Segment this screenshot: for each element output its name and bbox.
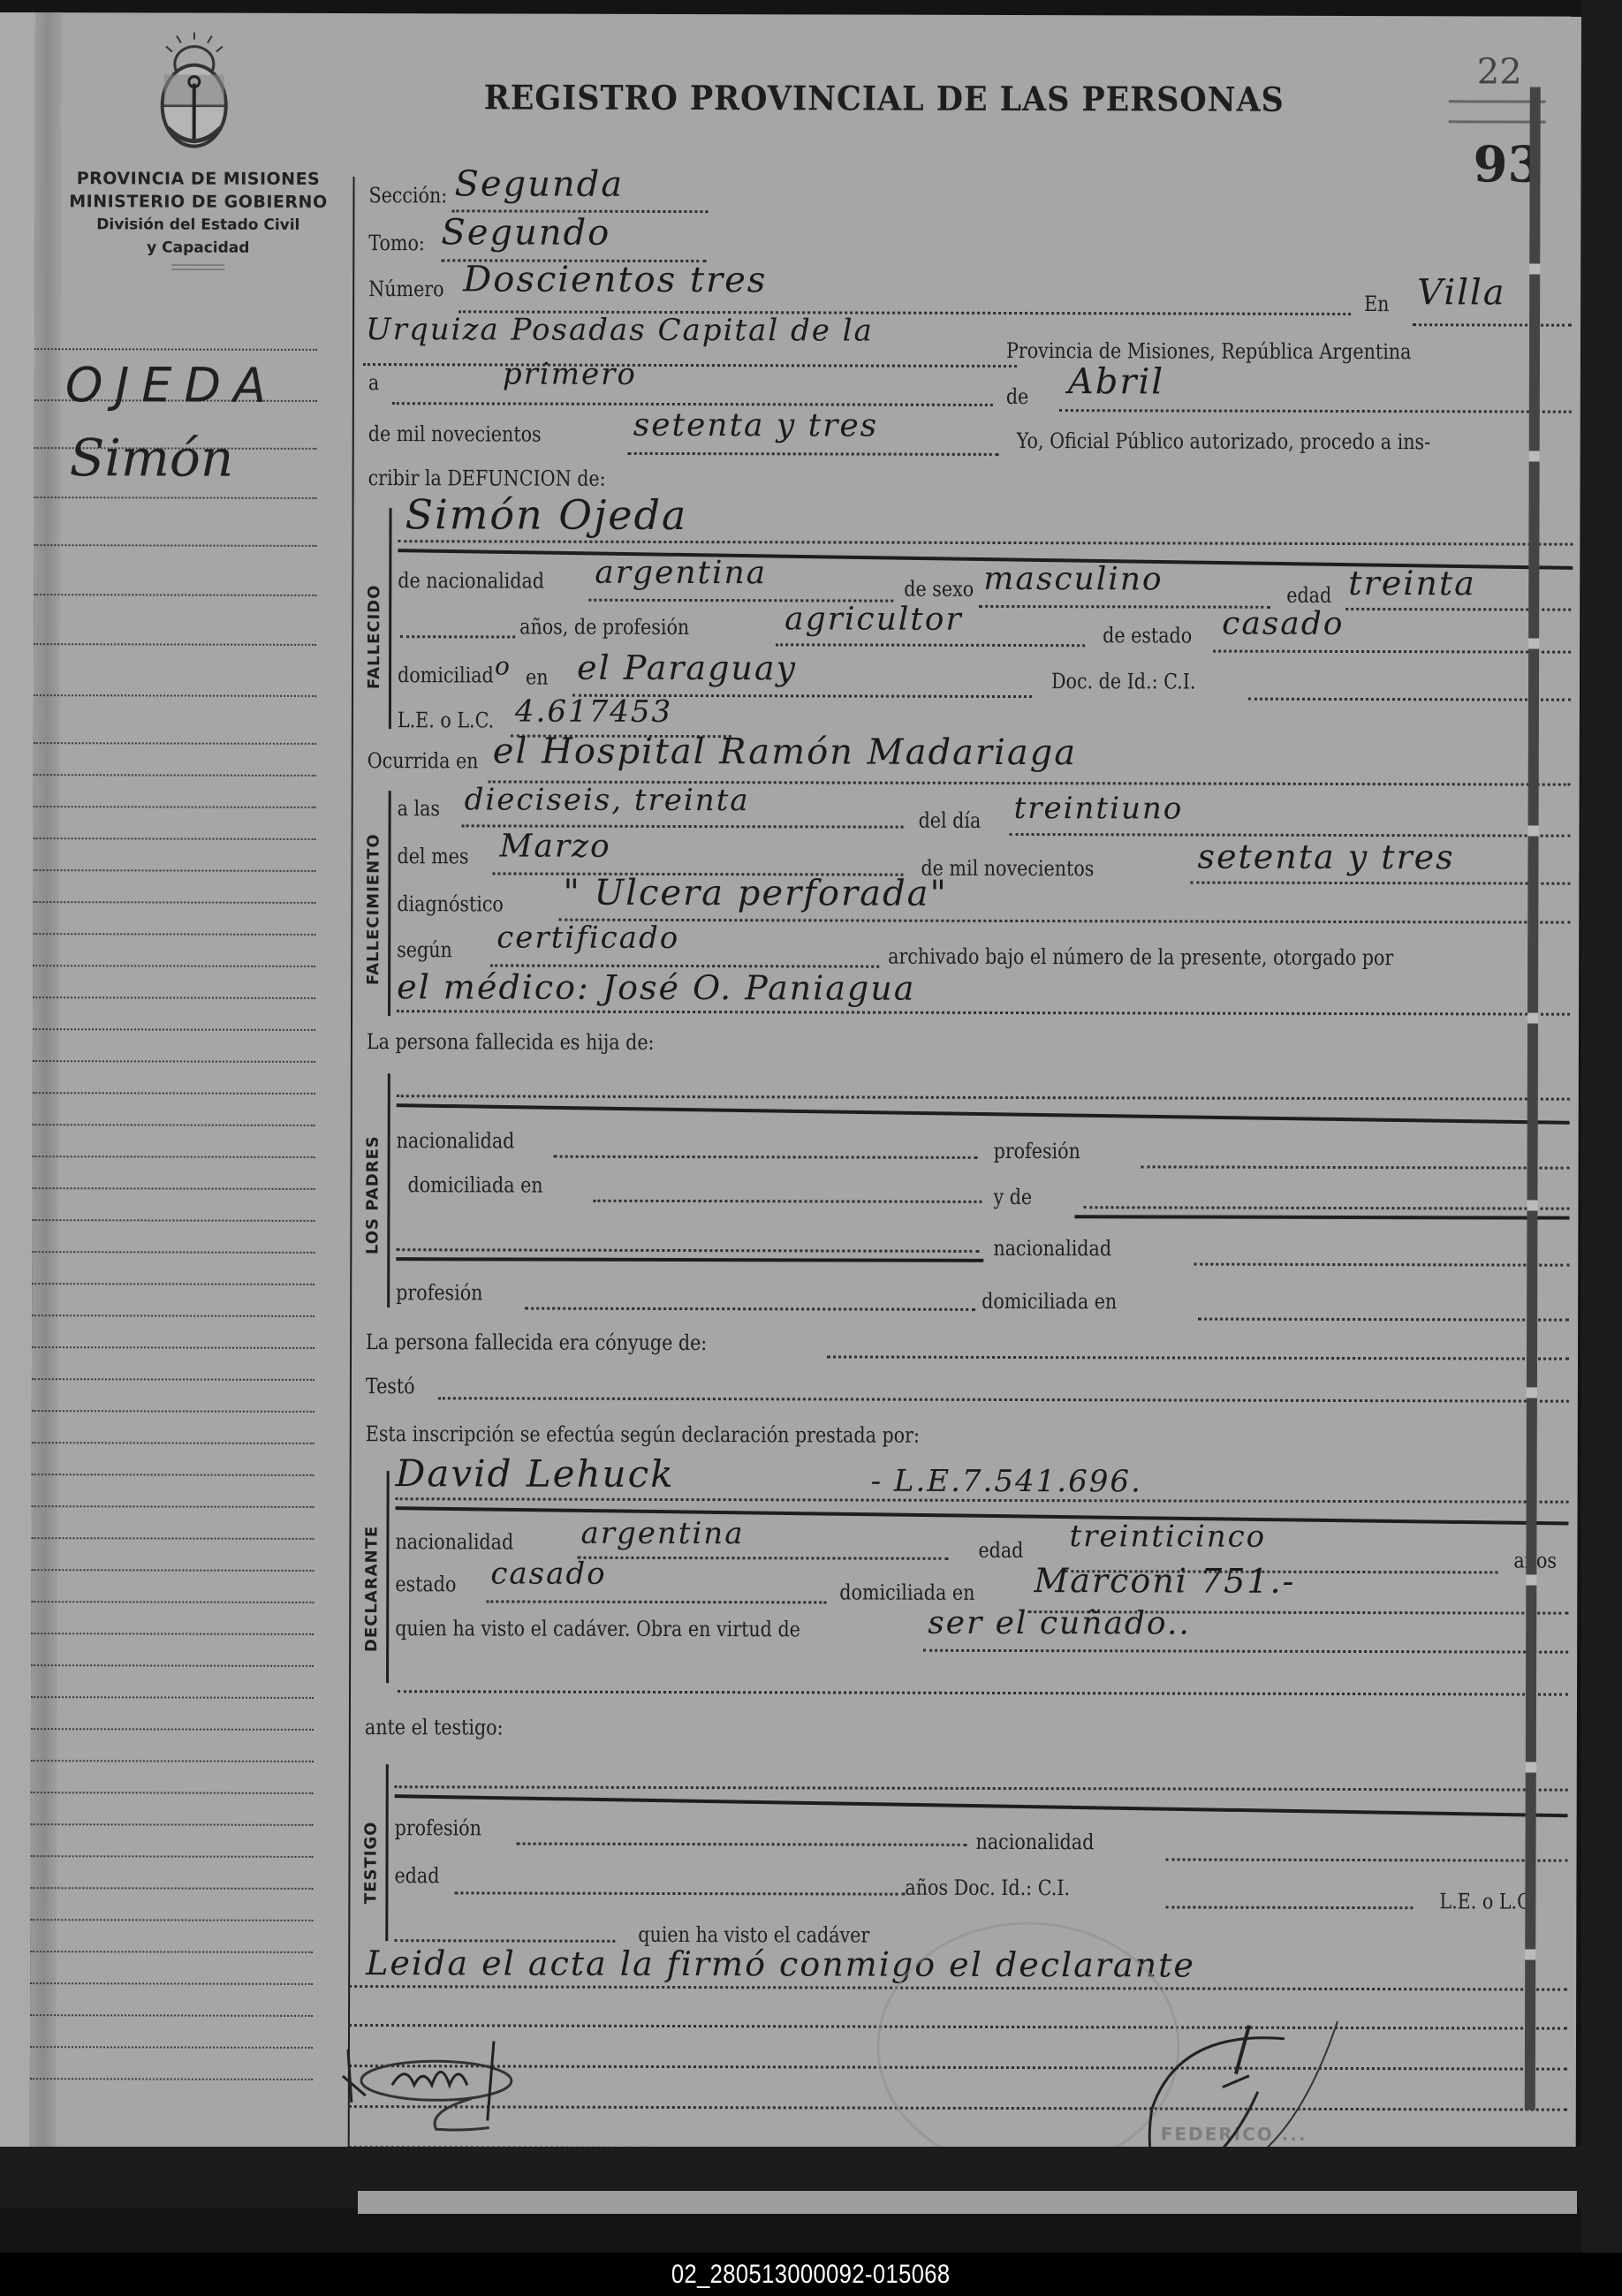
anio-value: setenta y tres	[1197, 837, 1454, 877]
estado-value: casado	[1222, 606, 1344, 642]
sexo-label: de sexo	[904, 577, 974, 602]
domicilio-value: el Paraguay	[577, 648, 797, 688]
issuer-ministry: MINISTERIO DE GOBIERNO	[52, 190, 344, 214]
ocurrida-label: Ocurrida en	[368, 748, 479, 773]
padres-domiciliada2-label: domiciliada en	[982, 1289, 1117, 1314]
coat-of-arms-icon	[150, 30, 239, 158]
issuer-capacity: y Capacidad	[52, 236, 344, 260]
testigo-edad-label: edad	[394, 1863, 439, 1888]
index-given-name: Simón	[70, 428, 234, 488]
year-value: setenta y tres	[633, 407, 878, 444]
declarante-name: David Lehuck	[396, 1451, 675, 1496]
mes-label: del mes	[397, 844, 468, 868]
place-suffix: Provincia de Misiones, República Argenti…	[1006, 338, 1411, 364]
mes-value: Marzo	[499, 828, 610, 864]
diagnostico-label: diagnóstico	[397, 891, 504, 916]
declarante-intro: Esta inscripción se efectúa según declar…	[366, 1421, 920, 1448]
index-margin	[34, 348, 326, 349]
doc-id-label: Doc. de Id.: C.I.	[1051, 669, 1195, 693]
hora-label: a las	[398, 796, 440, 821]
testigo-nacionalidad-label: nacionalidad	[976, 1830, 1095, 1854]
dia-label: del día	[919, 808, 982, 833]
conyuge-label: La persona fallecida era cónyuge de:	[366, 1330, 707, 1355]
death-record-form: Sección: Segunda Tomo: Segundo Número Do…	[348, 13, 1573, 2181]
hora-value: dieciseis, treinta	[465, 782, 750, 818]
anos-profesion-label: años, de profesión	[519, 615, 689, 640]
index-surname: OJEDA	[65, 357, 278, 413]
month-prefix-label: de	[1006, 384, 1029, 409]
section-label-declarante: DECLARANTE	[362, 1526, 381, 1652]
declarante-nacionalidad-value: argentina	[580, 1516, 744, 1551]
declarante-virtud-value: ser el cuñado..	[928, 1605, 1191, 1642]
declarante-doc: - L.E.7.541.696.	[871, 1464, 1142, 1500]
domicilio-suffix: o	[495, 651, 512, 680]
declarante-estado-label: estado	[395, 1572, 456, 1596]
section-label-testigo: TESTIGO	[361, 1821, 380, 1904]
archivado-text: archivado bajo el número de la presente,…	[888, 944, 1393, 970]
section-label-padres: LOS PADRES	[363, 1135, 382, 1254]
issuer-rule	[171, 265, 224, 270]
image-id-label: 02_280513000092-015068	[671, 2260, 951, 2290]
segun-label: según	[397, 937, 452, 962]
place-value: Urquiza Posadas Capital de la	[366, 312, 874, 349]
en-value: Villa	[1417, 272, 1506, 313]
medico-value: el médico: José O. Paniagua	[397, 967, 915, 1008]
binding-gutter	[30, 12, 62, 2177]
edad-value: treinta	[1348, 564, 1476, 602]
padres-profesion2-label: profesión	[396, 1280, 482, 1305]
scanned-page: PROVINCIA DE MISIONES MINISTERIO DE GOBI…	[0, 12, 1581, 2181]
defuncion-text: cribir la DEFUNCION de:	[368, 466, 606, 491]
le-label: L.E. o L.C.	[398, 708, 494, 732]
testigo-doc-label: años Doc. Id.: C.I.	[905, 1875, 1070, 1900]
padres-domiciliada-label: domiciliada en	[407, 1172, 542, 1197]
estado-label: de estado	[1103, 623, 1192, 648]
testigo-le-label: L.E. o L.C	[1439, 1889, 1531, 1913]
image-id-footer: 02_280513000092-015068	[0, 2253, 1622, 2296]
seccion-value: Segunda	[454, 163, 624, 205]
declarant-signature	[339, 2032, 534, 2139]
declarante-domiciliada-label: domiciliada en	[839, 1580, 974, 1604]
testigo-profesion-label: profesión	[395, 1815, 481, 1840]
domicilio-label: domiciliad	[398, 663, 494, 687]
issuer-block: PROVINCIA DE MISIONES MINISTERIO DE GOBI…	[52, 167, 344, 270]
padres-nacionalidad2-label: nacionalidad	[993, 1236, 1111, 1261]
seccion-label: Sección:	[368, 183, 447, 208]
declarante-domicilio-value: Marconi 751.-	[1034, 1561, 1295, 1601]
deceased-name: Simón Ojeda	[405, 490, 687, 539]
day-value: primero	[503, 356, 637, 391]
tomo-value: Segundo	[441, 212, 610, 254]
tomo-label: Tomo:	[368, 231, 425, 255]
declarante-nacionalidad-label: nacionalidad	[395, 1529, 513, 1554]
year-prefix-label: de mil novecientos	[368, 421, 542, 447]
testigo-intro: ante el testigo:	[365, 1715, 504, 1739]
ocurrida-value: el Hospital Ramón Madariaga	[493, 731, 1077, 773]
declarante-visto-text: quien ha visto el cadáver. Obra en virtu…	[395, 1616, 800, 1641]
profesion-value: agricultor	[784, 601, 963, 638]
diagnostico-value: " Ulcera perforada"	[563, 873, 948, 914]
issuer-province: PROVINCIA DE MISIONES	[52, 167, 344, 191]
edad-label: edad	[1286, 583, 1331, 608]
padres-nacionalidad-label: nacionalidad	[397, 1128, 515, 1153]
officer-text: Yo, Oficial Público autorizado, procedo …	[1017, 428, 1430, 454]
declarante-edad-value: treinticinco	[1069, 1519, 1266, 1555]
dia-value: treintiuno	[1014, 791, 1184, 827]
nacionalidad-label: de nacionalidad	[398, 568, 544, 593]
month-value: Abril	[1068, 361, 1164, 402]
underlying-page-edge	[358, 2191, 1577, 2214]
testo-label: Testó	[366, 1374, 415, 1398]
book-binding	[1581, 0, 1622, 2296]
padres-intro: La persona fallecida es hija de:	[367, 1029, 655, 1055]
domicilio-en-label: en	[526, 665, 549, 690]
nacionalidad-value: argentina	[595, 555, 767, 592]
section-label-fallecimiento: FALLECIMIENTO	[364, 833, 383, 985]
section-label-fallecido: FALLECIDO	[365, 585, 383, 690]
padres-y-de-label: y de	[993, 1185, 1032, 1209]
en-label: En	[1364, 292, 1389, 316]
segun-value: certificado	[496, 920, 679, 956]
padres-profesion-label: profesión	[994, 1139, 1080, 1163]
numero-value: Doscientos tres	[463, 259, 767, 300]
day-prefix-label: a	[368, 370, 379, 395]
declarante-estado-value: casado	[490, 1556, 606, 1591]
issuer-division: División del Estado Civil	[52, 213, 344, 237]
sexo-value: masculino	[983, 561, 1163, 598]
numero-label: Número	[368, 277, 444, 301]
declarante-edad-label: edad	[978, 1538, 1023, 1563]
le-value: 4.617453	[515, 694, 672, 730]
